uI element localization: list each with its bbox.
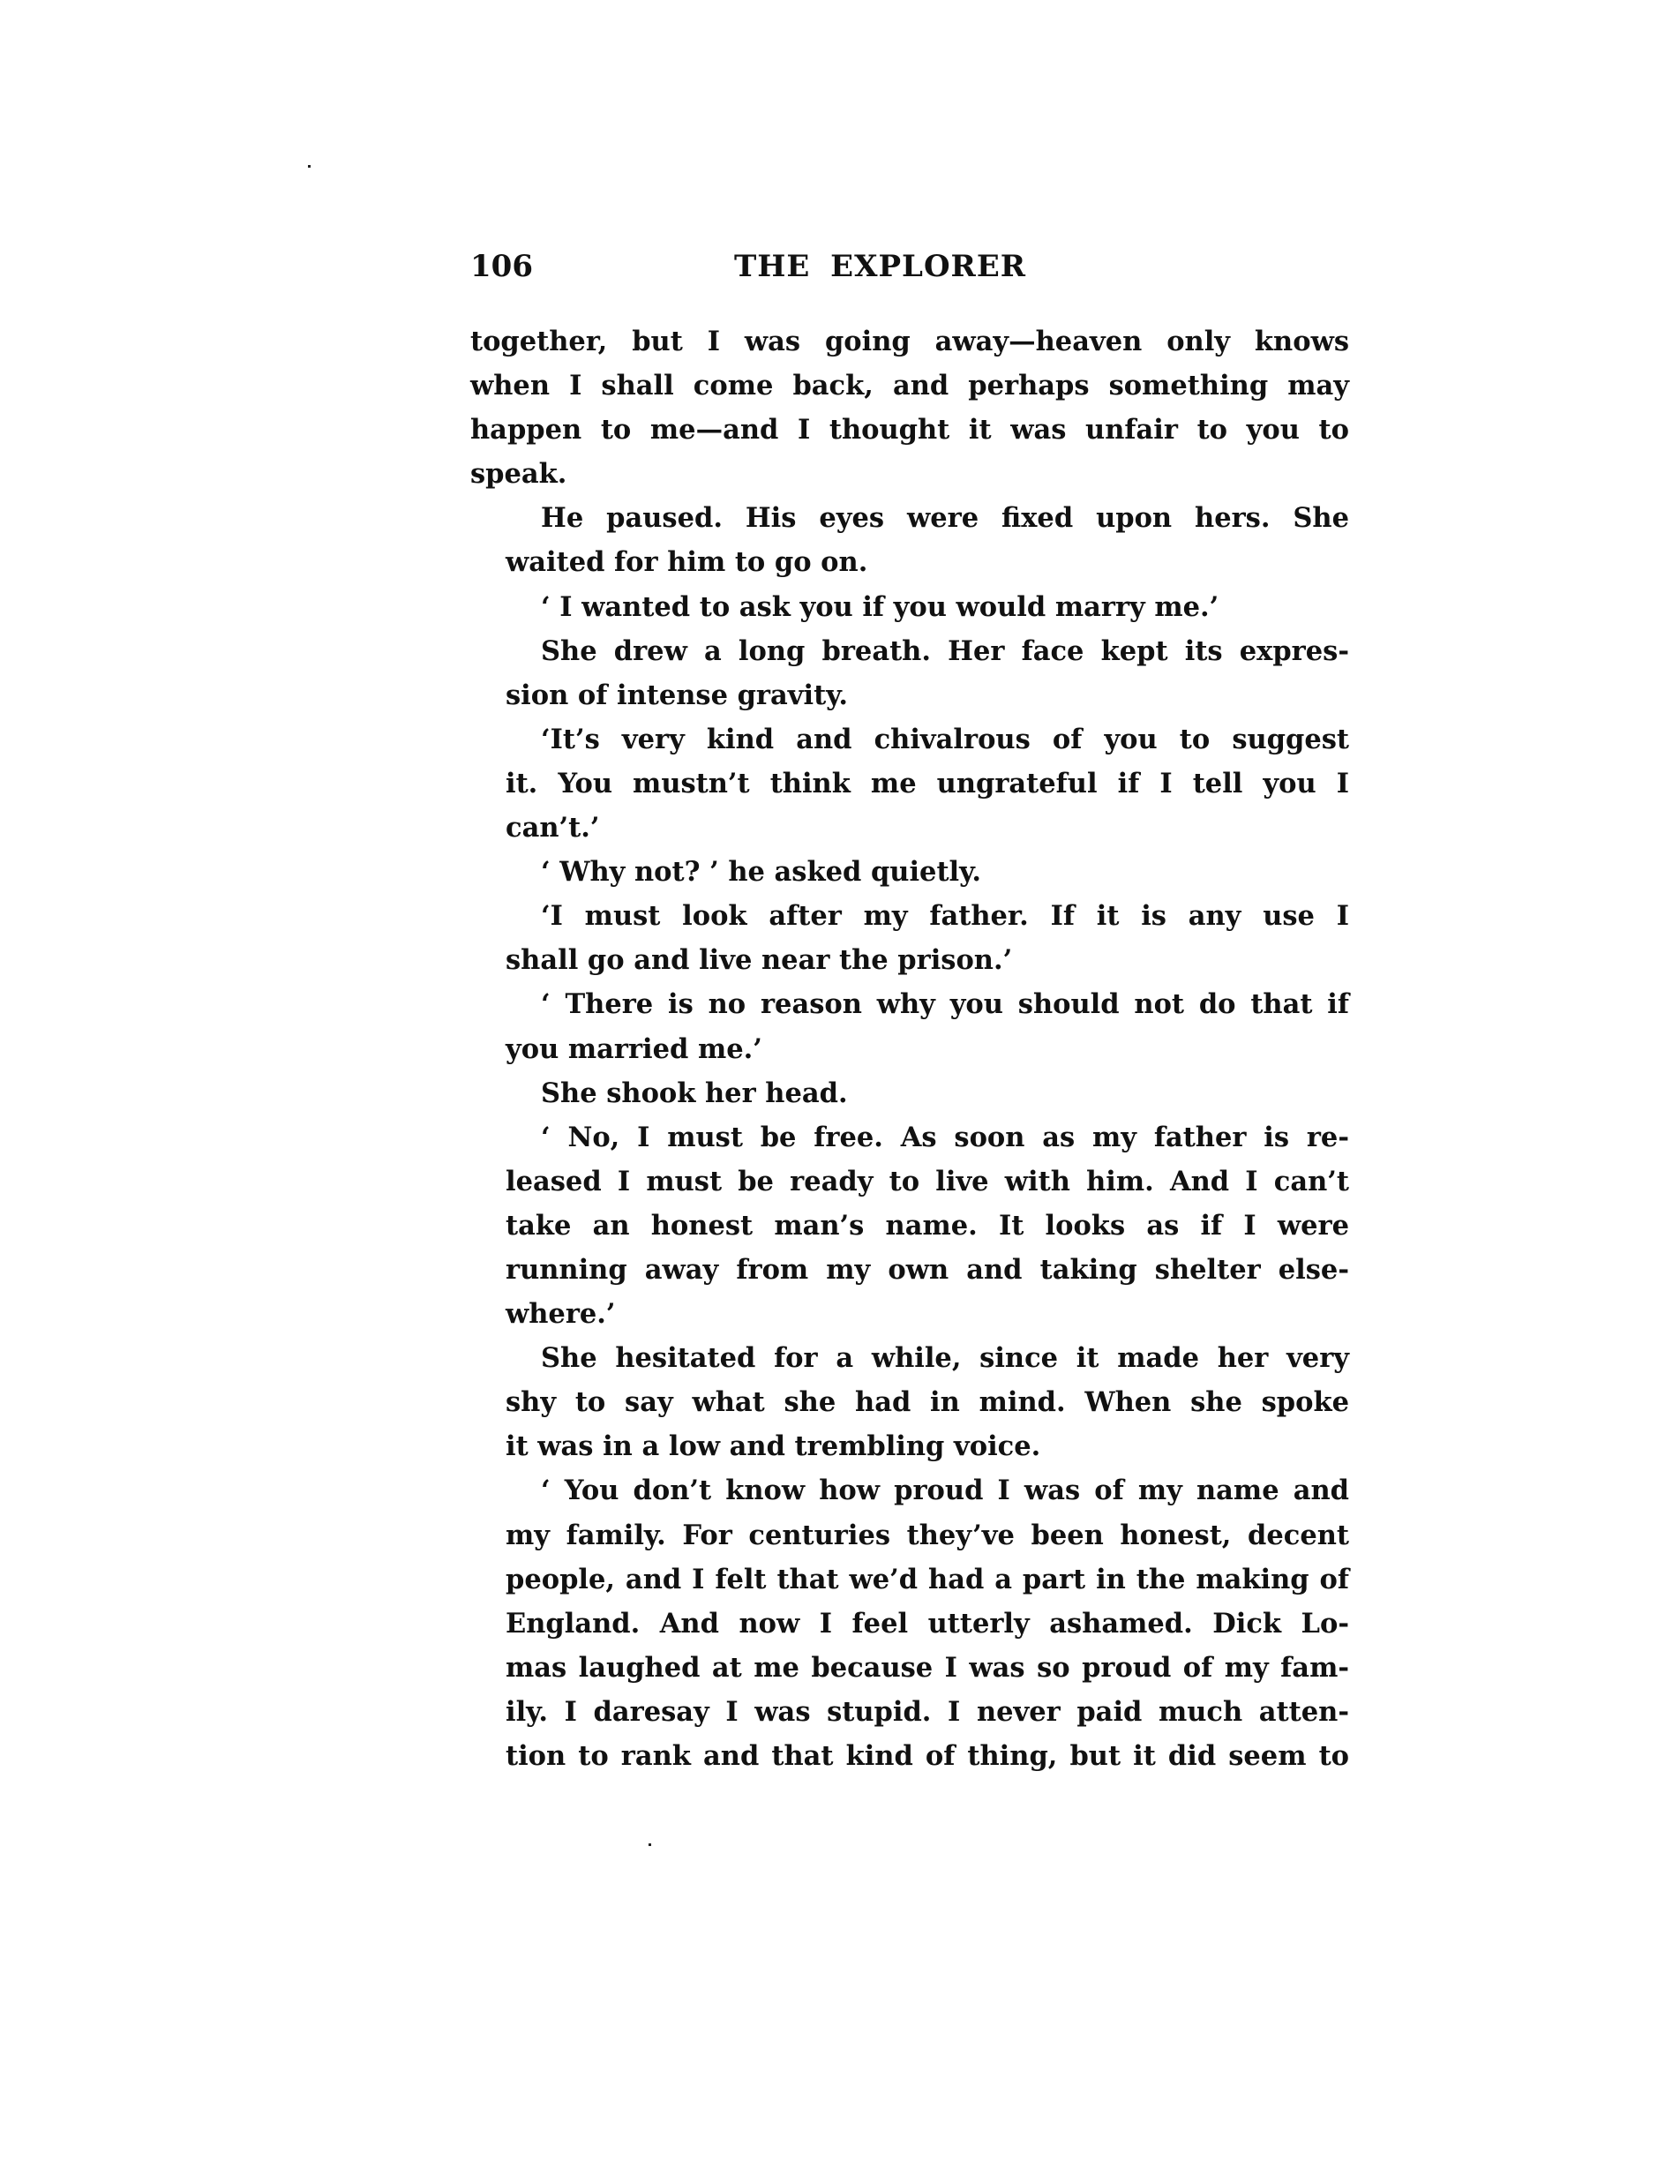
text-line: He paused. His eyes were fixed upon hers… (470, 496, 1349, 540)
text-line: shall go and live near the prison.’ (470, 938, 1349, 982)
text-line: ‘ Why not? ’ he asked quietly. (470, 850, 1349, 894)
text-line: when I shall come back, and perhaps some… (470, 364, 1349, 408)
text-line: tion to rank and that kind of thing, but… (470, 1734, 1349, 1778)
book-page: 106 THE EXPLORER together, but I was goi… (470, 247, 1349, 1778)
text-line: speak. (470, 452, 1349, 496)
paragraph: He paused. His eyes were fixed upon hers… (470, 496, 1349, 584)
text-line: together, but I was going away—heaven on… (470, 319, 1349, 364)
text-line: She hesitated for a while, since it made… (470, 1336, 1349, 1380)
body-text: together, but I was going away—heaven on… (470, 319, 1349, 1778)
text-line: it. You mustn’t think me ungrateful if I… (470, 762, 1349, 806)
scan-speck-bottom (649, 1843, 651, 1846)
paragraph: She drew a long breath. Her face kept it… (470, 629, 1349, 717)
text-line: ‘ I wanted to ask you if you would marry… (470, 585, 1349, 629)
text-line: take an honest man’s name. It looks as i… (470, 1204, 1349, 1248)
text-line: She drew a long breath. Her face kept it… (470, 629, 1349, 673)
paragraph: She hesitated for a while, since it made… (470, 1336, 1349, 1468)
text-line: you married me.’ (470, 1027, 1349, 1071)
text-line: can’t.’ (470, 806, 1349, 850)
text-line: ‘ There is no reason why you should not … (470, 982, 1349, 1026)
paragraph: ‘ Why not? ’ he asked quietly. (470, 850, 1349, 894)
text-line: ily. I daresay I was stupid. I never pai… (470, 1690, 1349, 1734)
text-line: waited for him to go on. (470, 540, 1349, 584)
text-line: ‘ No, I must be free. As soon as my fath… (470, 1115, 1349, 1160)
text-line: happen to me—and I thought it was unfair… (470, 408, 1349, 452)
text-line: ‘ You don’t know how proud I was of my n… (470, 1468, 1349, 1512)
text-line: shy to say what she had in mind. When sh… (470, 1380, 1349, 1424)
text-line: sion of intense gravity. (470, 673, 1349, 717)
text-line: my family. For centuries they’ve been ho… (470, 1513, 1349, 1557)
text-line: ‘It’s very kind and chivalrous of you to… (470, 717, 1349, 762)
text-line: She shook her head. (470, 1071, 1349, 1115)
running-title: THE EXPLORER (734, 249, 1026, 284)
paragraph: ‘ There is no reason why you should not … (470, 982, 1349, 1070)
text-line: it was in a low and trembling voice. (470, 1424, 1349, 1468)
text-line: mas laughed at me because I was so proud… (470, 1646, 1349, 1690)
text-line: England. And now I feel utterly ashamed.… (470, 1602, 1349, 1646)
text-line: where.’ (470, 1292, 1349, 1336)
scan-speck-top (308, 165, 311, 168)
paragraph: together, but I was going away—heaven on… (470, 319, 1349, 496)
running-head: 106 THE EXPLORER (470, 247, 1349, 293)
paragraph: ‘ No, I must be free. As soon as my fath… (470, 1115, 1349, 1336)
page-number: 106 (470, 249, 533, 284)
paragraph: ‘It’s very kind and chivalrous of you to… (470, 717, 1349, 850)
paragraph: ‘ I wanted to ask you if you would marry… (470, 585, 1349, 629)
text-line: running away from my own and taking shel… (470, 1248, 1349, 1292)
text-line: ‘I must look after my father. If it is a… (470, 894, 1349, 938)
text-line: people, and I felt that we’d had a part … (470, 1557, 1349, 1602)
paragraph: ‘I must look after my father. If it is a… (470, 894, 1349, 982)
paragraph: ‘ You don’t know how proud I was of my n… (470, 1468, 1349, 1778)
paragraph: She shook her head. (470, 1071, 1349, 1115)
text-line: leased I must be ready to live with him.… (470, 1160, 1349, 1204)
